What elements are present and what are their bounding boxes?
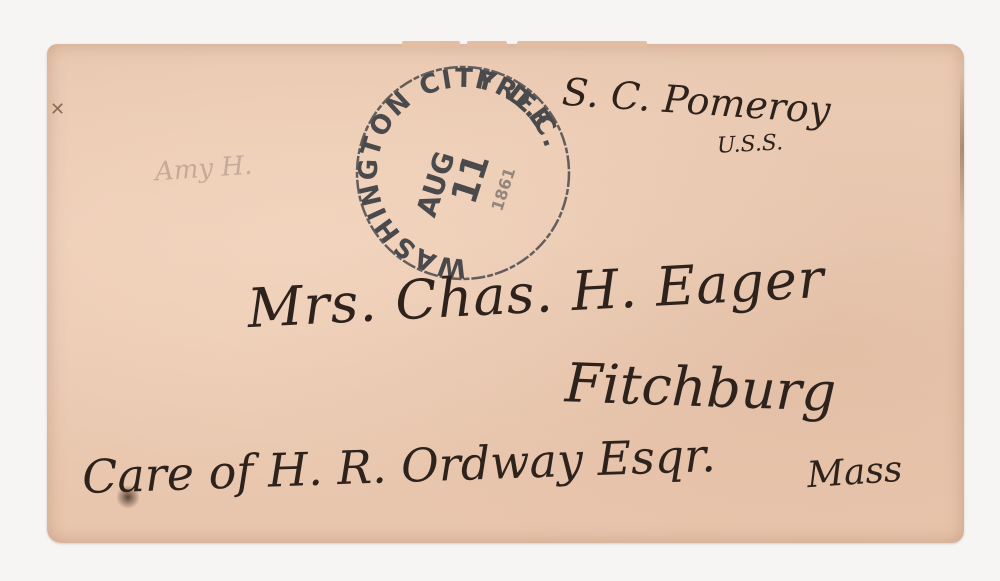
pencil-notation: Amy H. <box>154 151 253 188</box>
recipient-state: Mass <box>806 449 904 497</box>
recipient-city: Fitchburg <box>564 351 837 423</box>
top-edge-tear <box>467 41 507 47</box>
envelope: ✕ Amy H. WASHINGTON CITY D.C. FREE AUG 1… <box>47 44 964 543</box>
frank-title: U.S.S. <box>716 130 783 158</box>
ink-blot <box>117 484 139 510</box>
care-of-line: Care of H. R. Ordway Esqr. <box>81 428 716 504</box>
svg-text:FREE: FREE <box>472 65 558 136</box>
right-edge-stain <box>960 74 964 224</box>
washington-city-postmark: WASHINGTON CITY D.C. FREE AUG 11 1861 <box>352 62 574 284</box>
top-edge-tear <box>517 41 647 47</box>
frank-signature: S. C. Pomeroy <box>561 70 832 133</box>
top-edge-tear <box>402 41 460 47</box>
corner-x-mark: ✕ <box>50 99 65 120</box>
